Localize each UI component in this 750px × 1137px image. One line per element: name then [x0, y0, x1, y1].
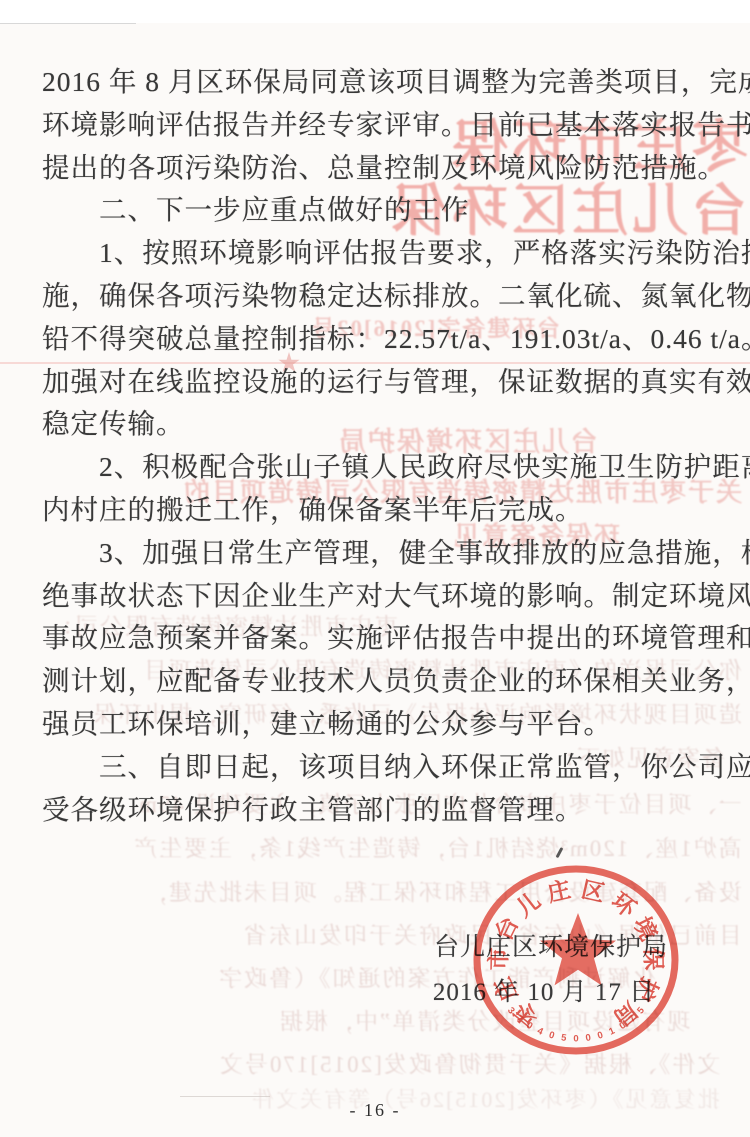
- seal-ring-char: 护: [630, 973, 663, 1005]
- seal-code-char: 0: [596, 1030, 604, 1042]
- document-page: 枣庄市环保台儿庄区环保台环建备字[2016]02号台儿庄区环境保护局关于枣庄市胜…: [0, 0, 750, 1137]
- seal-ring-char: 区: [579, 877, 607, 906]
- scan-top-strip: [0, 0, 750, 23]
- bleed-underline: [180, 1096, 270, 1097]
- body-text-line: 绝事故状态下因企业生产对大气环境的影响。制定环境风险: [42, 574, 750, 617]
- body-text-line: 稳定传输。: [42, 402, 185, 445]
- seal-ring-char: 环: [607, 888, 641, 922]
- body-text-line: 2016 年 8 月区环保局同意该项目调整为完善类项目，完成了: [42, 60, 750, 103]
- scan-edge-line: [0, 23, 136, 24]
- seal-code-char: 1: [607, 1025, 617, 1038]
- pen-mark: [556, 847, 563, 858]
- body-text-line: 受各级环境保护行政主管部门的监督管理。: [42, 788, 584, 831]
- body-text-line: 二、下一步应重点做好的工作: [42, 188, 470, 231]
- seal-star-icon: [540, 913, 616, 985]
- seal-code-char: 5: [560, 1032, 568, 1044]
- body-text-line: 1、按照环境影响评估报告要求，严格落实污染防治措: [42, 231, 750, 274]
- seal-ring-char: 境: [629, 913, 663, 945]
- body-text-line: 铅不得突破总量控制指标：22.57t/a、191.03t/a、0.46 t/a。: [42, 317, 750, 360]
- bleedthrough-text: 高炉1座、120m³烧结机1台，铸造生产线1条，主要生产: [132, 830, 742, 863]
- seal-ring-char: 台: [490, 913, 524, 945]
- seal-ring-char: 庄: [545, 876, 573, 906]
- body-text-line: 三、自即日起，该项目纳入环保正常监管，你公司应接: [42, 745, 750, 788]
- seal-code-char: 0: [548, 1030, 556, 1042]
- seal-code-char: 0: [585, 1032, 592, 1044]
- body-text-line: 2、积极配合张山子镇人民政府尽快实施卫生防护距离: [42, 445, 750, 488]
- body-text-line: 环境影响评估报告并经专家评审。目前已基本落实报告书中: [42, 103, 750, 146]
- body-text-line: 事故应急预案并备案。实施评估报告中提出的环境管理和监: [42, 616, 750, 659]
- seal-ring-char: 庄: [489, 973, 522, 1005]
- official-seal: 枣庄市台儿庄区环境保护局3704050001075: [472, 863, 680, 1059]
- seal-code-char: 4: [535, 1025, 545, 1038]
- body-text-line: 强员工环保培训，建立畅通的公众参与平台。: [42, 702, 612, 745]
- seal-ring-char: 儿: [512, 888, 546, 922]
- body-text-line: 测计划，应配备专业技术人员负责企业的环保相关业务，加: [42, 659, 750, 702]
- seal-code-char: 0: [573, 1034, 578, 1045]
- body-text-line: 施，确保各项污染物稳定达标排放。二氧化硫、氮氧化物、: [42, 274, 750, 317]
- page-number: - 16 -: [350, 1100, 401, 1121]
- body-text-line: 内村庄的搬迁工作，确保备案半年后完成。: [42, 488, 584, 531]
- seal-ring-char: 保: [640, 947, 666, 970]
- body-text-line: 3、加强日常生产管理，健全事故排放的应急措施，杜: [42, 531, 750, 574]
- bleedthrough-text: 批复意见》（枣环发[2015]26号）等有关文件: [250, 1083, 720, 1114]
- seal-ring-char: 市: [486, 947, 511, 970]
- body-text-line: 加强对在线监控设施的运行与管理，保证数据的真实有效及: [42, 360, 750, 403]
- body-text-line: 提出的各项污染防治、总量控制及环境风险防范措施。: [42, 146, 726, 189]
